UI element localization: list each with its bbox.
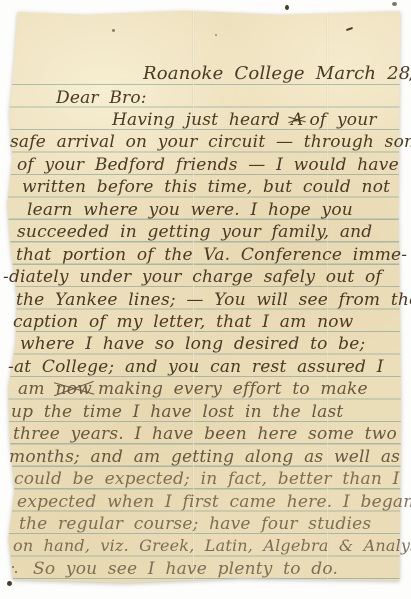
letter-scan: Roanoke College March 28/64 Dear Bro: Ha… bbox=[0, 0, 411, 599]
line-text: Having just heard bbox=[112, 110, 280, 130]
letter-line: up the time I have lost in the last bbox=[11, 402, 343, 422]
letter-line: -at College; and you can rest assured I bbox=[8, 357, 384, 377]
letter-line: of your Bedford friends — I would have bbox=[17, 155, 399, 175]
letter-line: the regular course; have four studies bbox=[19, 514, 371, 534]
struck-word: now bbox=[54, 379, 94, 399]
ink-speck bbox=[112, 29, 115, 32]
dateline: Roanoke College March 28/64 bbox=[143, 64, 411, 84]
letter-line: that portion of the Va. Conference imme- bbox=[16, 245, 407, 265]
letter-line: could be expected; in fact, better than … bbox=[14, 469, 400, 489]
line-text: of your bbox=[309, 110, 376, 130]
line-text: am bbox=[18, 379, 45, 399]
letter-line: written before this time, but could not bbox=[22, 177, 390, 197]
letter-line: caption of my letter, that I am now bbox=[13, 312, 353, 332]
letter-line: -diately under your charge safely out of bbox=[3, 267, 382, 287]
line-text: making every effort to make bbox=[98, 379, 368, 399]
letter-line: learn where you were. I hope you bbox=[27, 200, 353, 220]
letter-line: on hand, viz. Greek, Latin, Algebra & An… bbox=[13, 536, 411, 556]
ink-speck bbox=[285, 5, 289, 10]
letter-line: Having just heardAof your bbox=[112, 110, 382, 130]
letter-line: succeeded in getting your family, and bbox=[17, 222, 372, 242]
ink-speck bbox=[215, 34, 217, 36]
salutation: Dear Bro: bbox=[56, 88, 147, 108]
ink-speck bbox=[392, 2, 397, 6]
letter-line: the Yankee lines; — You will see from th… bbox=[16, 290, 411, 310]
ink-speck bbox=[7, 581, 12, 586]
letter-line: three years. I have been here some two bbox=[13, 424, 397, 444]
letter-line: So you see I have plenty to do. bbox=[33, 559, 338, 579]
letter-line: months; and am getting along as well as bbox=[9, 447, 400, 467]
struck-word: A bbox=[289, 110, 305, 130]
letter-line: expected when I first came here. I began bbox=[17, 492, 411, 512]
stray-marks bbox=[12, 566, 14, 568]
letter-line: safe arrival on your circuit — through s… bbox=[10, 132, 411, 152]
letter-line: amnowmaking every effort to make bbox=[18, 379, 373, 399]
letter-line: where I have so long desired to be; bbox=[20, 334, 365, 354]
